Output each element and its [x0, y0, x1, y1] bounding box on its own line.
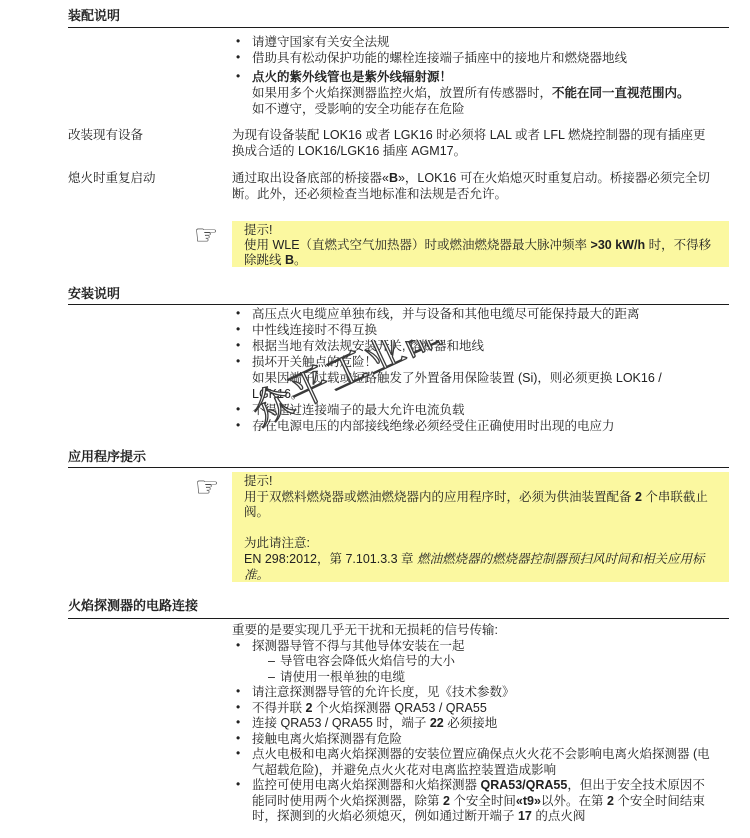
bullet-text: 借助具有松动保护功能的螺栓连接端子插座中的接地片和燃烧器地线: [252, 51, 627, 65]
bullet-item: •点火的紫外线管也是紫外线辐射源！: [232, 69, 732, 85]
note-text-bold: 2: [635, 490, 642, 504]
sub-text: 请使用一根单独的电缆: [280, 670, 405, 684]
note-line: 准。: [244, 568, 717, 584]
bullet-icon: •: [236, 33, 240, 49]
bullet-text: 连接 QRA53 / QRA55 时，端子: [252, 716, 430, 730]
note-box-1: 提示! 使用 WLE（直燃式空气加热器）时或燃油燃烧器最大脉冲频率 >30 kW…: [232, 221, 729, 267]
sub-item: –请使用一根单独的电缆: [232, 670, 732, 686]
body-text: 通过取出设备底部的桥接器«: [232, 171, 389, 185]
bullet-text-bold: «t9»: [516, 794, 541, 808]
note-text-bold: B: [285, 253, 294, 267]
note-text: 使用 WLE（直燃式空气加热器）时或燃油燃烧器最大脉冲频率: [244, 238, 591, 252]
note-text-italic: 燃油燃烧器的燃烧器控制器预扫风时间和相关应用标: [417, 552, 705, 566]
bullet-item: •点火电极和电离火焰探测器的安装位置应确保点火火花不会影响电离火焰探测器 (电: [232, 747, 732, 763]
bullet-icon: •: [236, 353, 240, 369]
bullet-text-bold: 2: [443, 794, 450, 808]
bullet-item: •探测器导管不得与其他导体安装在一起: [232, 639, 732, 655]
bullet-icon: •: [236, 731, 240, 747]
heading-rule-application: [68, 467, 729, 468]
note-line: 为此请注意:: [244, 536, 717, 552]
bullet-text: 高压点火电缆应单独布线，并与设备和其他电缆尽可能保持最大的距离: [252, 307, 640, 321]
bullet-text: 不得并联: [252, 701, 305, 715]
note-blank-line: [244, 521, 717, 537]
note-line: 除跳线 B。: [244, 253, 717, 268]
bullet-text: 如果用多个火焰探测器监控火焰，放置所有传感器时，: [252, 86, 552, 100]
pointing-hand-icon: ☞: [194, 222, 218, 249]
bullet-text: 接触电离火焰探测器有危险: [252, 732, 402, 746]
pointing-hand-icon: ☞: [195, 474, 219, 501]
bullet-item: •不得并联 2 个火焰探测器 QRA53 / QRA55: [232, 701, 732, 717]
bullet-item: •连接 QRA53 / QRA55 时，端子 22 必须接地: [232, 716, 732, 732]
bullet-icon: •: [236, 321, 240, 337]
note-text-italic: 准。: [244, 568, 269, 582]
bullet-text: 气超载危险)，并避免点火火花对电离监控装置造成影响: [252, 763, 556, 777]
bullet-item: •根据当地有效法规安装开关, 熔断器和地线: [232, 338, 732, 354]
bullet-text: 请遵守国家有关安全法规: [252, 35, 390, 49]
bullet-continuation: 气超载危险)，并避免点火火花对电离监控装置造成影响: [232, 763, 732, 779]
body-text: »，LOK16 可在火焰熄灭时重复启动。桥接器必须完全切: [398, 171, 710, 185]
bullet-item: •请注意探测器导管的允许长度，见《技术参数》: [232, 685, 732, 701]
bullet-item: •存在电源电压的内部接线绝缘必须经受住正确使用时出现的电应力: [232, 418, 732, 434]
bullet-text: 必须接地: [444, 716, 497, 730]
heading-rule-installation: [68, 304, 729, 305]
body-line: 断。此外，还必须检查当地标准和法规是否允许。: [232, 186, 732, 202]
restart-paragraph: 通过取出设备底部的桥接器«B»，LOK16 可在火焰熄灭时重复启动。桥接器必须完…: [232, 170, 732, 202]
intro-line: 重要的是要实现几乎无干扰和无损耗的信号传输:: [232, 623, 732, 639]
section-heading-assembly: 装配说明: [68, 8, 120, 24]
note-text: 个串联截止: [642, 490, 708, 504]
bullet-text: LGK16。: [252, 387, 303, 401]
body-text-bold: B: [389, 171, 398, 185]
bullet-item-group: •点火的紫外线管也是紫外线辐射源！ 如果用多个火焰探测器监控火焰，放置所有传感器…: [232, 69, 732, 117]
note-text: 时，不得移: [645, 238, 711, 252]
note-text-bold: >30 kW/h: [591, 238, 646, 252]
bullet-text: 以外。在第: [541, 794, 607, 808]
bullet-text: 损坏开关触点的危险！: [252, 355, 377, 369]
section-heading-installation: 安装说明: [68, 286, 120, 302]
bullet-text: 如果因端子过载或短路触发了外置备用保险装置 (Si)，则必须更换 LOK16 /: [252, 371, 662, 385]
bullet-icon: •: [236, 68, 240, 84]
assembly-bullet-list: •请遵守国家有关安全法规 •借助具有松动保护功能的螺栓连接端子插座中的接地片和燃…: [232, 34, 732, 117]
sub-text: 导管电容会降低火焰信号的大小: [280, 654, 455, 668]
bullet-text-bold: 22: [430, 716, 444, 730]
bullet-icon: •: [236, 417, 240, 433]
row-label-restart: 熄火时重复启动: [68, 170, 156, 186]
flame-detector-content: 重要的是要实现几乎无干扰和无损耗的信号传输: •探测器导管不得与其他导体安装在一…: [232, 623, 732, 825]
bullet-text: 存在电源电压的内部接线绝缘必须经受住正确使用时出现的电应力: [252, 419, 615, 433]
bullet-item: •中性线连接时不得互换: [232, 322, 732, 338]
bullet-text: 个安全时间: [450, 794, 516, 808]
bullet-icon: •: [236, 684, 240, 700]
bullet-text: 中性线连接时不得互换: [252, 323, 377, 337]
note-text: 除跳线: [244, 253, 285, 267]
bullet-item: •损坏开关触点的危险！: [232, 354, 732, 370]
sub-item: –导管电容会降低火焰信号的大小: [232, 654, 732, 670]
section-heading-flame-detector: 火焰探测器的电路连接: [68, 598, 198, 614]
note-line: 阀。: [244, 505, 717, 521]
bullet-icon: •: [236, 337, 240, 353]
note-title: 提示!: [244, 474, 717, 490]
dash-icon: –: [268, 654, 275, 670]
note-line: 用于双燃料燃烧器或燃油燃烧器内的应用程序时，必须为供油装置配备 2 个串联截止: [244, 490, 717, 506]
bullet-text: 不得超过连接端子的最大允许电流负载: [252, 403, 465, 417]
note-text: EN 298:2012，第 7.101.3.3 章: [244, 552, 417, 566]
bullet-continuation: 时，探测到的火焰必须熄灭，例如通过断开端子 17 的点火阀: [232, 809, 732, 825]
bullet-icon: •: [236, 638, 240, 654]
bullet-text: 点火电极和电离火焰探测器的安装位置应确保点火火花不会影响电离火焰探测器 (电: [252, 747, 710, 761]
heading-rule-flame-detector: [68, 618, 729, 619]
heading-rule-assembly: [68, 27, 729, 28]
bullet-continuation: 如果用多个火焰探测器监控火焰，放置所有传感器时，不能在同一直视范围内。: [232, 85, 732, 101]
bullet-text: 请注意探测器导管的允许长度，见《技术参数》: [252, 685, 515, 699]
bullet-text: 的点火阀: [532, 809, 585, 823]
bullet-continuation: 如果因端子过载或短路触发了外置备用保险装置 (Si)，则必须更换 LOK16 /: [232, 370, 732, 386]
bullet-text: 个安全时间结束: [614, 794, 705, 808]
document-page: 装配说明 •请遵守国家有关安全法规 •借助具有松动保护功能的螺栓连接端子插座中的…: [0, 0, 750, 838]
bullet-text: ，但出于安全技术原因不: [567, 778, 705, 792]
bullet-text-bold: 2: [607, 794, 614, 808]
bullet-text: 探测器导管不得与其他导体安装在一起: [252, 639, 465, 653]
bullet-continuation: LGK16。: [232, 386, 732, 402]
bullet-icon: •: [236, 49, 240, 65]
note-text: 用于双燃料燃烧器或燃油燃烧器内的应用程序时，必须为供油装置配备: [244, 490, 635, 504]
bullet-text: 如不遵守，受影响的安全功能存在危险: [252, 102, 465, 116]
bullet-item: •高压点火电缆应单独布线，并与设备和其他电缆尽可能保持最大的距离: [232, 306, 732, 322]
note-title: 提示!: [244, 223, 717, 238]
bullet-text: 时，探测到的火焰必须熄灭，例如通过断开端子: [252, 809, 518, 823]
bullet-icon: •: [236, 700, 240, 716]
bullet-item: •借助具有松动保护功能的螺栓连接端子插座中的接地片和燃烧器地线: [232, 50, 732, 66]
dash-icon: –: [268, 670, 275, 686]
bullet-icon: •: [236, 401, 240, 417]
bullet-text: 能同时使用两个火焰探测器，除第: [252, 794, 443, 808]
bullet-item: •不得超过连接端子的最大允许电流负载: [232, 402, 732, 418]
note-box-2: 提示! 用于双燃料燃烧器或燃油燃烧器内的应用程序时，必须为供油装置配备 2 个串…: [232, 472, 729, 582]
bullet-text-bold: 不能在同一直视范围内。: [552, 86, 690, 100]
note-text: 。: [294, 253, 307, 267]
bullet-text: 个火焰探测器 QRA53 / QRA55: [312, 701, 486, 715]
bullet-continuation: 能同时使用两个火焰探测器，除第 2 个安全时间«t9»以外。在第 2 个安全时间…: [232, 794, 732, 810]
installation-bullet-list: •高压点火电缆应单独布线，并与设备和其他电缆尽可能保持最大的距离 •中性线连接时…: [232, 306, 732, 434]
bullet-item: •请遵守国家有关安全法规: [232, 34, 732, 50]
body-line: 换成合适的 LOK16/LGK16 插座 AGM17。: [232, 143, 732, 159]
note-line: EN 298:2012，第 7.101.3.3 章 燃油燃烧器的燃烧器控制器预扫…: [244, 552, 717, 568]
bullet-item: •监控可使用电离火焰探测器和火焰探测器 QRA53/QRA55，但出于安全技术原…: [232, 778, 732, 794]
bullet-text-bold: 点火的紫外线管也是紫外线辐射源！: [252, 70, 452, 84]
bullet-text: 监控可使用电离火焰探测器和火焰探测器: [252, 778, 480, 792]
row-label-retrofit: 改装现有设备: [68, 127, 143, 143]
retrofit-paragraph: 为现有设备装配 LOK16 或者 LGK16 时必须将 LAL 或者 LFL 燃…: [232, 127, 732, 159]
bullet-icon: •: [236, 305, 240, 321]
note-line: 使用 WLE（直燃式空气加热器）时或燃油燃烧器最大脉冲频率 >30 kW/h 时…: [244, 238, 717, 253]
bullet-item: •接触电离火焰探测器有危险: [232, 732, 732, 748]
bullet-icon: •: [236, 777, 240, 793]
body-line: 通过取出设备底部的桥接器«B»，LOK16 可在火焰熄灭时重复启动。桥接器必须完…: [232, 170, 732, 186]
bullet-text-bold: QRA53/QRA55: [480, 778, 567, 792]
bullet-icon: •: [236, 715, 240, 731]
bullet-continuation: 如不遵守，受影响的安全功能存在危险: [232, 101, 732, 117]
section-heading-application: 应用程序提示: [68, 449, 146, 465]
bullet-text: 根据当地有效法规安装开关, 熔断器和地线: [252, 339, 484, 353]
bullet-text-bold: 17: [518, 809, 532, 823]
body-line: 为现有设备装配 LOK16 或者 LGK16 时必须将 LAL 或者 LFL 燃…: [232, 127, 732, 143]
bullet-icon: •: [236, 746, 240, 762]
